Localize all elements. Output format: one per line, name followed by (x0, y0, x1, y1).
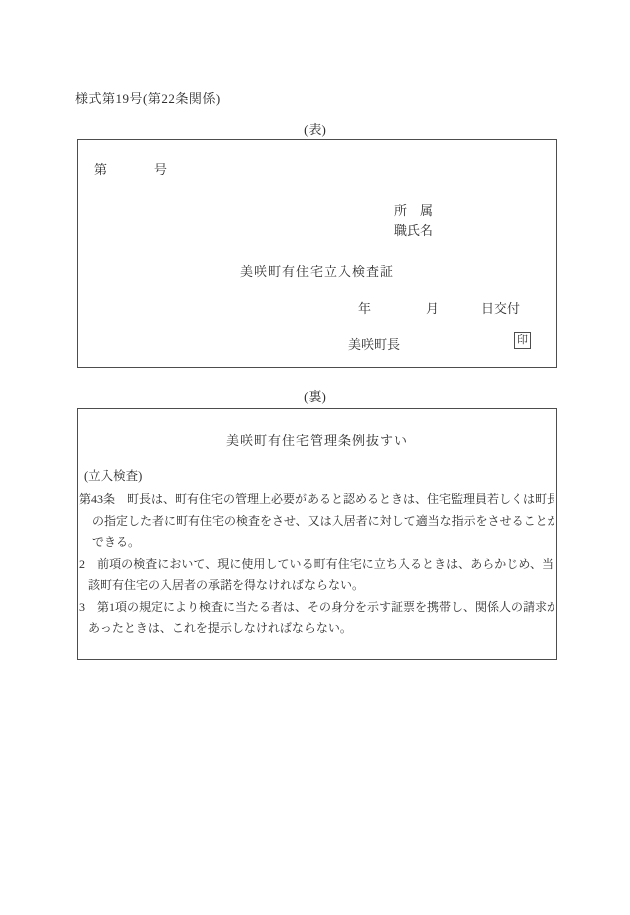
ordinance-excerpt-title: 美咲町有住宅管理条例抜すい (78, 430, 556, 449)
ordinance-line: 該町有住宅の入居者の承諾を得なければならない。 (79, 575, 554, 597)
section-heading: (立入検査) (84, 466, 142, 484)
ordinance-line: 第43条 町長は、町有住宅の管理上必要があると認めるときは、住宅監理員若しくは町… (79, 489, 554, 511)
document-page: 様式第19号(第22条関係) (表) 第 号 所 属 職氏名 美咲町有住宅立入検… (0, 0, 630, 915)
month-label: 月 (426, 298, 439, 317)
front-card: 第 号 所 属 職氏名 美咲町有住宅立入検査証 年 月 日交付 美咲町長 印 (77, 139, 557, 368)
ordinance-line: あったときは、これを提示しなければならない。 (79, 618, 554, 640)
affiliation-label: 所 属 (394, 201, 433, 221)
position-name-label: 職氏名 (394, 221, 433, 241)
back-side-label: (裏) (0, 386, 630, 405)
front-side-label: (表) (0, 119, 630, 138)
form-number-label: 様式第19号(第22条関係) (75, 88, 221, 107)
ordinance-line: の指定した者に町有住宅の検査をさせ、又は入居者に対して適当な指示をさせることが (79, 511, 554, 533)
seal-mark: 印 (514, 332, 531, 349)
year-label: 年 (358, 298, 371, 317)
certificate-title: 美咲町有住宅立入検査証 (78, 261, 556, 280)
number-prefix-label: 第 (94, 159, 107, 178)
number-suffix-label: 号 (154, 159, 167, 178)
issue-date-row: 年 月 日交付 (78, 298, 556, 314)
back-card: 美咲町有住宅管理条例抜すい (立入検査) 第43条 町長は、町有住宅の管理上必要… (77, 408, 557, 660)
official-identity-block: 所 属 職氏名 (394, 201, 433, 241)
ordinance-line: 3 第1項の規定により検査に当たる者は、その身分を示す証票を携帯し、関係人の請求… (79, 597, 554, 619)
ordinance-line: 2 前項の検査において、現に使用している町有住宅に立ち入るときは、あらかじめ、当 (79, 554, 554, 576)
certificate-number-row: 第 号 (78, 159, 556, 175)
issuer-row: 美咲町長 印 (78, 334, 556, 352)
day-issued-label: 日交付 (481, 298, 520, 317)
ordinance-text: 第43条 町長は、町有住宅の管理上必要があると認めるときは、住宅監理員若しくは町… (79, 489, 554, 640)
mayor-label: 美咲町長 (348, 334, 400, 353)
ordinance-line: できる。 (79, 532, 554, 554)
